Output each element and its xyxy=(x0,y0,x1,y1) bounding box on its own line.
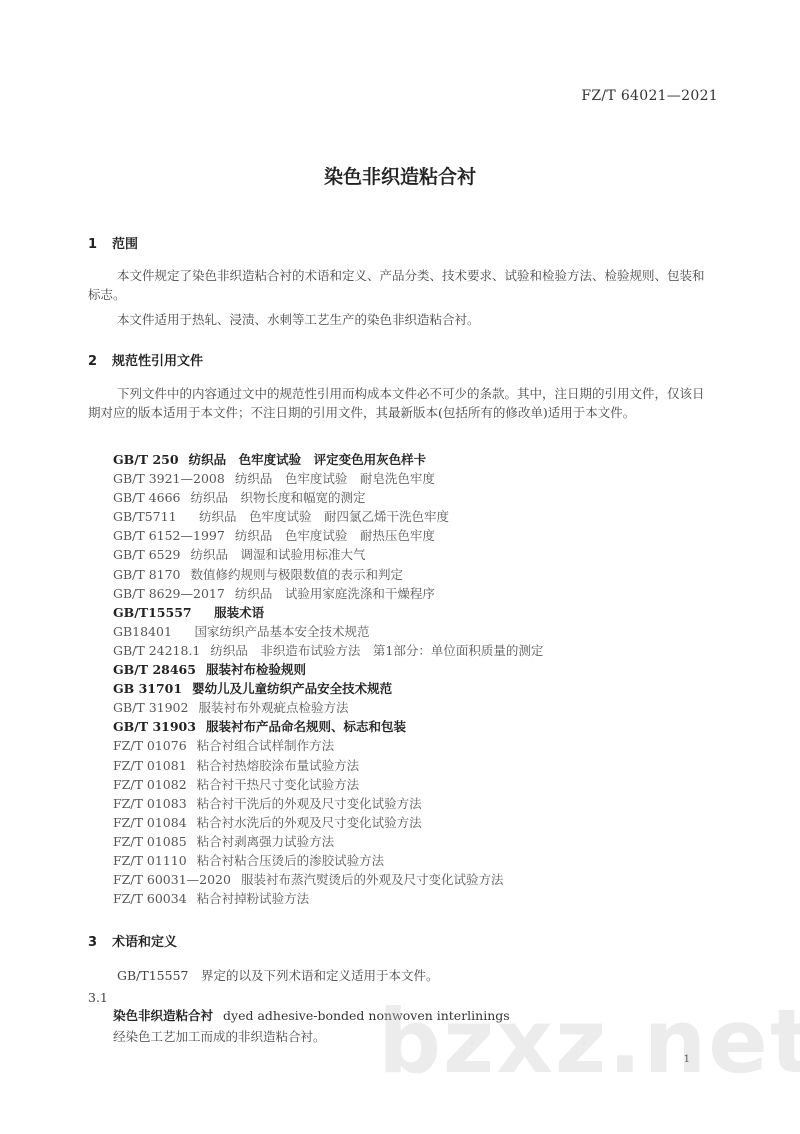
reference-code: GB18401 xyxy=(113,622,172,641)
document-title: 染色非织造粘合衬 xyxy=(0,162,800,189)
reference-title: 粘合衬粘合压烫后的渗胶试验方法 xyxy=(197,853,385,868)
scope-paragraph-1: 本文件规定了染色非织造粘合衬的术语和定义、产品分类、技术要求、试验和检验方法、检… xyxy=(88,266,713,304)
reference-item: GB/T 24218.1纺织品 非织造布试验方法 第1部分：单位面积质量的测定 xyxy=(113,641,543,660)
reference-title: 纺织品 非织造布试验方法 第1部分：单位面积质量的测定 xyxy=(210,643,543,658)
reference-item: GB/T15557 服装术语 xyxy=(113,603,543,622)
reference-item: GB 31701婴幼儿及儿童纺织产品安全技术规范 xyxy=(113,679,543,698)
reference-item: FZ/T 60031—2020服装衬布蒸汽熨烫后的外观及尺寸变化试验方法 xyxy=(113,870,543,889)
reference-item: GB/T 6529纺织品 调湿和试验用标准大气 xyxy=(113,545,543,564)
reference-item: GB/T 8170数值修约规则与极限数值的表示和判定 xyxy=(113,565,543,584)
reference-code: FZ/T 01076 xyxy=(113,736,187,755)
reference-code: GB/T 31902 xyxy=(113,698,188,717)
reference-title: 粘合衬热熔胶涂布量试验方法 xyxy=(197,758,360,773)
reference-title: 纺织品 色牢度试验 耐热压色牢度 xyxy=(235,528,435,543)
reference-code: FZ/T 01084 xyxy=(113,813,187,832)
term-id: 3.1 xyxy=(88,990,108,1005)
reference-code: FZ/T 60031—2020 xyxy=(113,870,231,889)
reference-item: GB/T5711 纺织品 色牢度试验 耐四氯乙烯干洗色牢度 xyxy=(113,507,543,526)
reference-title: 数值修约规则与极限数值的表示和判定 xyxy=(191,567,404,582)
reference-code: FZ/T 60034 xyxy=(113,889,187,908)
reference-title: 服装衬布产品命名规则、标志和包装 xyxy=(206,719,406,734)
reference-item: GB/T 31903服装衬布产品命名规则、标志和包装 xyxy=(113,717,543,736)
term-chinese: 染色非织造粘合衬 xyxy=(113,1008,213,1023)
reference-item: FZ/T 01085粘合衬剥离强力试验方法 xyxy=(113,832,543,851)
section-heading-terms: 3术语和定义 xyxy=(88,931,177,950)
reference-code: FZ/T 01082 xyxy=(113,775,187,794)
reference-title: 婴幼儿及儿童纺织产品安全技术规范 xyxy=(192,681,392,696)
reference-code: FZ/T 01110 xyxy=(113,851,187,870)
reference-item: FZ/T 01076粘合衬组合试样制作方法 xyxy=(113,736,543,755)
term-english: dyed adhesive-bonded nonwoven interlinin… xyxy=(223,1008,510,1023)
page-number: 1 xyxy=(684,1054,690,1065)
reference-title: 粘合衬掉粉试验方法 xyxy=(197,891,310,906)
reference-code: GB/T 8170 xyxy=(113,565,181,584)
reference-title: 纺织品 色牢度试验 耐四氯乙烯干洗色牢度 xyxy=(187,509,450,524)
reference-title: 服装衬布蒸汽熨烫后的外观及尺寸变化试验方法 xyxy=(241,872,504,887)
term-definition: 经染色工艺加工而成的非织造粘合衬。 xyxy=(113,1027,326,1045)
reference-title: 纺织品 调湿和试验用标准大气 xyxy=(191,547,366,562)
reference-item: FZ/T 01084粘合衬水洗后的外观及尺寸变化试验方法 xyxy=(113,813,543,832)
terms-intro: GB/T15557 界定的以及下列术语和定义适用于本文件。 xyxy=(88,966,713,985)
reference-item: FZ/T 01083粘合衬干洗后的外观及尺寸变化试验方法 xyxy=(113,794,543,813)
reference-title: 粘合衬组合试样制作方法 xyxy=(197,738,335,753)
section-number: 1 xyxy=(88,237,112,252)
standard-code: FZ/T 64021—2021 xyxy=(581,88,718,104)
section-heading-scope: 1范围 xyxy=(88,233,138,252)
reference-code: GB/T 250 xyxy=(113,450,179,469)
reference-title: 粘合衬干洗后的外观及尺寸变化试验方法 xyxy=(197,796,422,811)
reference-title: 纺织品 试验用家庭洗涤和干燥程序 xyxy=(235,586,435,601)
section-title: 术语和定义 xyxy=(112,935,177,950)
reference-code: GB/T 8629—2017 xyxy=(113,584,225,603)
reference-code: GB/T 28465 xyxy=(113,660,196,679)
reference-item: GB18401 国家纺织产品基本安全技术规范 xyxy=(113,622,543,641)
reference-title: 纺织品 色牢度试验 耐皂洗色牢度 xyxy=(235,471,435,486)
reference-title: 纺织品 织物长度和幅宽的测定 xyxy=(191,490,366,505)
reference-code: GB/T 6152—1997 xyxy=(113,526,225,545)
section-number: 2 xyxy=(88,354,112,369)
reference-code: FZ/T 01081 xyxy=(113,756,187,775)
reference-title: 粘合衬干热尺寸变化试验方法 xyxy=(197,777,360,792)
reference-title: 服装衬布外观疵点检验方法 xyxy=(198,700,348,715)
reference-item: GB/T 28465服装衬布检验规则 xyxy=(113,660,543,679)
reference-code: GB/T 31903 xyxy=(113,717,196,736)
reference-code: FZ/T 01085 xyxy=(113,832,187,851)
normative-refs-intro: 下列文件中的内容通过文中的规范性引用而构成本文件必不可少的条款。其中，注日期的引… xyxy=(88,384,713,422)
reference-item: FZ/T 01082粘合衬干热尺寸变化试验方法 xyxy=(113,775,543,794)
reference-item: GB/T 31902服装衬布外观疵点检验方法 xyxy=(113,698,543,717)
section-title: 规范性引用文件 xyxy=(112,354,203,369)
reference-list: GB/T 250纺织品 色牢度试验 评定变色用灰色样卡 GB/T 3921—20… xyxy=(113,450,543,908)
reference-code: GB/T 3921—2008 xyxy=(113,469,225,488)
reference-item: GB/T 250纺织品 色牢度试验 评定变色用灰色样卡 xyxy=(113,450,543,469)
scope-paragraph-2: 本文件适用于热轧、浸渍、水刺等工艺生产的染色非织造粘合衬。 xyxy=(88,310,713,329)
reference-code: GB 31701 xyxy=(113,679,182,698)
reference-code: GB/T15557 xyxy=(113,603,192,622)
reference-code: GB/T 6529 xyxy=(113,545,181,564)
reference-item: FZ/T 01081粘合衬热熔胶涂布量试验方法 xyxy=(113,756,543,775)
reference-code: GB/T 4666 xyxy=(113,488,181,507)
reference-title: 服装衬布检验规则 xyxy=(206,662,306,677)
reference-code: GB/T 24218.1 xyxy=(113,641,200,660)
section-heading-normative-refs: 2规范性引用文件 xyxy=(88,350,203,369)
reference-title: 粘合衬水洗后的外观及尺寸变化试验方法 xyxy=(197,815,422,830)
reference-code: FZ/T 01083 xyxy=(113,794,187,813)
reference-item: GB/T 4666纺织品 织物长度和幅宽的测定 xyxy=(113,488,543,507)
reference-title: 服装术语 xyxy=(202,605,265,620)
term-entry: 染色非织造粘合衬dyed adhesive-bonded nonwoven in… xyxy=(113,1006,510,1024)
section-title: 范围 xyxy=(112,237,138,252)
reference-item: GB/T 8629—2017纺织品 试验用家庭洗涤和干燥程序 xyxy=(113,584,543,603)
reference-item: GB/T 3921—2008纺织品 色牢度试验 耐皂洗色牢度 xyxy=(113,469,543,488)
reference-title: 国家纺织产品基本安全技术规范 xyxy=(182,624,370,639)
reference-item: FZ/T 60034粘合衬掉粉试验方法 xyxy=(113,889,543,908)
reference-item: FZ/T 01110粘合衬粘合压烫后的渗胶试验方法 xyxy=(113,851,543,870)
reference-item: GB/T 6152—1997纺织品 色牢度试验 耐热压色牢度 xyxy=(113,526,543,545)
section-number: 3 xyxy=(88,935,112,950)
reference-title: 纺织品 色牢度试验 评定变色用灰色样卡 xyxy=(189,452,427,467)
reference-code: GB/T5711 xyxy=(113,507,177,526)
reference-title: 粘合衬剥离强力试验方法 xyxy=(197,834,335,849)
